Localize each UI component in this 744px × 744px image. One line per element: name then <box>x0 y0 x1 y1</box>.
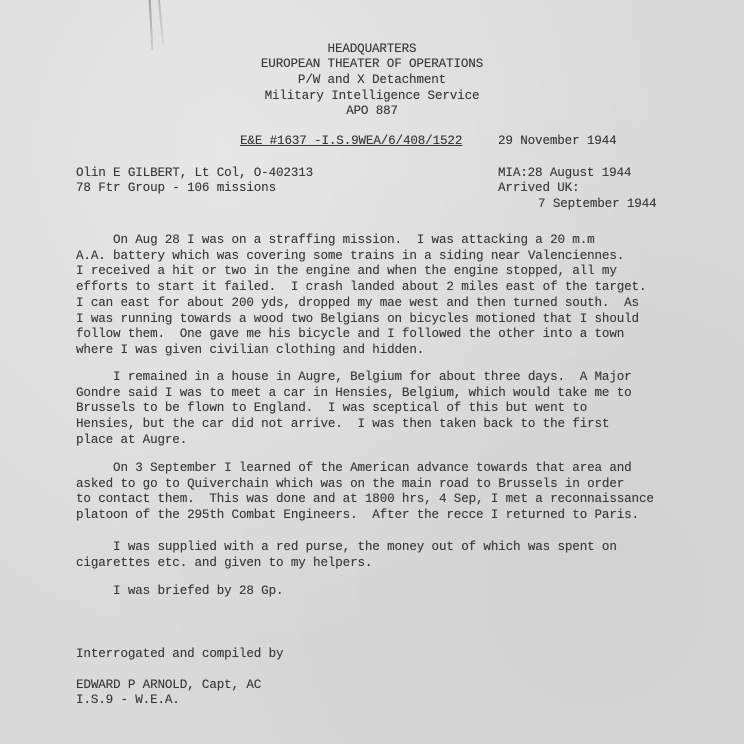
paragraph-line: I was supplied with a red purse, the mon… <box>76 540 617 554</box>
letterhead-line: EUROPEAN THEATER OF OPERATIONS <box>0 57 744 71</box>
paragraph-line: Gondre said I was to meet a car in Hensi… <box>76 386 632 400</box>
document-date: 29 November 1944 <box>498 134 617 148</box>
subject-name: Olin E GILBERT, Lt Col, O-402313 <box>76 166 313 180</box>
paragraph-line: I can east for about 200 yds, dropped my… <box>76 296 639 310</box>
paragraph-line: I was running towards a wood two Belgian… <box>76 312 639 326</box>
letterhead-line: APO 887 <box>0 104 744 118</box>
paragraph-line: efforts to start it failed. I crash land… <box>76 280 646 294</box>
reference-code: E&E #1637 -I.S.9WEA/6/408/1522 <box>240 134 462 148</box>
paragraph-line: On Aug 28 I was on a straffing mission. … <box>76 233 595 247</box>
paragraph-line: I received a hit or two in the engine an… <box>76 264 617 278</box>
compiled-by-label: Interrogated and compiled by <box>76 647 283 661</box>
letterhead-line: HEADQUARTERS <box>0 42 744 56</box>
paragraph-line: to contact them. This was done and at 18… <box>76 492 654 506</box>
paragraph-line: place at Augre. <box>76 433 187 447</box>
subject-unit: 78 Ftr Group - 106 missions <box>76 181 276 195</box>
interrogator-unit: I.S.9 - W.E.A. <box>76 693 180 707</box>
paragraph-line: platoon of the 295th Combat Engineers. A… <box>76 508 639 522</box>
arrived-label: Arrived UK: <box>498 181 579 195</box>
paragraph-line: follow them. One gave me his bicycle and… <box>76 327 624 341</box>
arrived-date: 7 September 1944 <box>538 197 657 211</box>
document-page: HEADQUARTERS EUROPEAN THEATER OF OPERATI… <box>0 0 744 744</box>
paragraph-line: I was briefed by 28 Gp. <box>76 584 283 598</box>
mia-date: MIA:28 August 1944 <box>498 166 631 180</box>
paragraph-line: cigarettes etc. and given to my helpers. <box>76 556 372 570</box>
paragraph-line: Brussels to be flown to England. I was s… <box>76 401 587 415</box>
paragraph-line: where I was given civilian clothing and … <box>76 343 424 357</box>
paragraph-line: I remained in a house in Augre, Belgium … <box>76 370 632 384</box>
paper-mark <box>158 0 164 45</box>
letterhead-line: Military Intelligence Service <box>0 89 744 103</box>
letterhead-line: P/W and X Detachment <box>0 73 744 87</box>
paragraph-line: A.A. battery which was covering some tra… <box>76 249 624 263</box>
interrogator-name: EDWARD P ARNOLD, Capt, AC <box>76 678 261 692</box>
paragraph-line: Hensies, but the car did not arrive. I w… <box>76 417 609 431</box>
paragraph-line: asked to go to Quiverchain which was on … <box>76 477 624 491</box>
paragraph-line: On 3 September I learned of the American… <box>76 461 632 475</box>
